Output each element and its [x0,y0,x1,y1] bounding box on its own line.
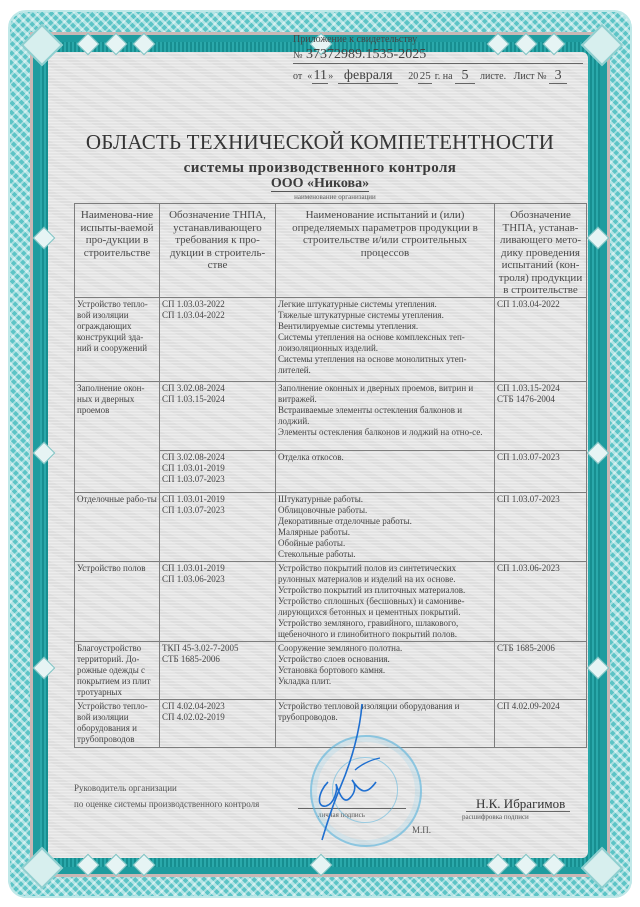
test-item: Вентилируемые системы утепления. [278,321,492,332]
requirements-cell: СП 4.02.04-2023СП 4.02.02-2019 [160,699,276,747]
column-header-product: Наименова-ние испыты-ваемой про-дукции в… [75,204,160,298]
requirements-cell: СП 1.03.01-2019СП 1.03.07-2023 [160,492,276,561]
total-sheets: 5 [455,69,475,84]
standard-code: СП 1.03.06-2023 [497,563,584,574]
sheets-label: листе. [480,71,506,82]
organization-name: ООО «Никова» [0,176,640,192]
product-cell: Заполнение окон-ных и дверных проемов [75,381,160,492]
test-item: Системы утепления на основе монолитных у… [278,354,492,376]
year-unit: г. на [435,71,453,82]
organization-caption: наименование организации [0,193,640,201]
table-row: Благоустройство территорий. До-рожные од… [75,641,587,699]
standard-code: СП 1.03.07-2023 [162,474,273,485]
test-item: Штукатурные работы. [278,494,492,505]
signer-caption: расшифровка подписи [462,813,529,821]
test-item: Облицовочные работы. [278,505,492,516]
document-subtitle: системы производственного контроля [0,160,640,177]
table-row: Устройство тепло-вой изоляции ограждающи… [75,297,587,381]
methods-cell: СП 1.03.06-2023 [495,561,587,641]
table-row: Устройство половСП 1.03.01-2019СП 1.03.0… [75,561,587,641]
table-header-row: Наименова-ние испыты-ваемой про-дукции в… [75,204,587,298]
tests-cell: Легкие штукатурные системы утепления.Тяж… [276,297,495,381]
test-item: Устройство покрытий полов из синтетическ… [278,563,492,585]
standard-code: СП 1.03.04-2022 [162,310,273,321]
methods-cell: СТБ 1685-2006 [495,641,587,699]
standard-code: СП 1.03.07-2023 [162,505,273,516]
standard-code: СП 1.03.15-2024 [162,394,273,405]
standard-code: СП 1.03.04-2022 [497,299,584,310]
standard-code: СП 1.03.06-2023 [162,574,273,585]
scope-table: Наименова-ние испыты-ваемой про-дукции в… [74,203,587,748]
name-line [466,811,570,812]
test-item: Легкие штукатурные системы утепления. [278,299,492,310]
date-line: от «11» февраля 2025 г. на 5 листе. Лист… [293,69,567,84]
standard-code: СП 1.03.01-2019 [162,563,273,574]
standard-code: СТБ 1476-2004 [497,394,584,405]
standard-code: СП 3.02.08-2024 [162,452,273,463]
test-item: Стекольные работы. [278,549,492,560]
test-item: Системы утепления на основе комплексных … [278,332,492,354]
standard-code: СП 1.03.07-2023 [497,452,584,463]
standard-code: СП 3.02.08-2024 [162,383,273,394]
year-suffix: 25 [418,69,432,84]
methods-cell: СП 4.02.09-2024 [495,699,587,747]
product-cell: Устройство тепло-вой изоляции оборудован… [75,699,160,747]
signer-role-line2: по оценке системы производственного конт… [74,799,259,809]
column-header-requirements: Обозначение ТНПА, устанавливающего требо… [160,204,276,298]
handwritten-signature [300,700,410,845]
from-label: от [293,71,302,82]
standard-code: СП 1.03.03-2022 [162,299,273,310]
product-cell: Отделочные рабо-ты [75,492,160,561]
seal-label: М.П. [412,825,431,835]
month-value: февраля [338,69,398,84]
test-item: Заполнение оконных и дверных проемов, ви… [278,383,492,405]
table-row: Отделочные рабо-тыСП 1.03.01-2019СП 1.03… [75,492,587,561]
day-value: 11 [312,69,328,84]
tests-cell: Сооружение земляного полотна.Устройство … [276,641,495,699]
organization-name-text: ООО «Никова» [271,176,369,192]
standard-code: СП 1.03.01-2019 [162,463,273,474]
standard-code: СП 1.03.15-2024 [497,383,584,394]
test-item: Сооружение земляного полотна. [278,643,492,654]
test-item: Отделка откосов. [278,452,492,463]
methods-cell: СП 1.03.07-2023 [495,450,587,492]
sheet-number: 3 [549,69,567,84]
requirements-cell: СП 3.02.08-2024СП 1.03.01-2019СП 1.03.07… [160,450,276,492]
product-cell: Благоустройство территорий. До-рожные од… [75,641,160,699]
standard-code: ТКП 45-3.02-7-2005 [162,643,273,654]
test-item: Малярные работы. [278,527,492,538]
appendix-label: Приложение к свидетельству [293,34,417,45]
standard-code: СТБ 1685-2006 [162,654,273,665]
column-header-methods: Обозначение ТНПА, устанав-ливающего мето… [495,204,587,298]
signer-role-line1: Руководитель организации [74,783,177,793]
methods-cell: СП 1.03.15-2024СТБ 1476-2004 [495,381,587,450]
standard-code: СП 1.03.07-2023 [497,494,584,505]
test-item: Установка бортового камня. [278,665,492,676]
standard-code: СП 4.02.02-2019 [162,712,273,723]
number-sign: № [293,50,303,61]
methods-cell: СП 1.03.04-2022 [495,297,587,381]
standard-code: СП 4.02.09-2024 [497,701,584,712]
tests-cell: Отделка откосов. [276,450,495,492]
column-header-tests: Наименование испытаний и (или) определяе… [276,204,495,298]
certificate-number: 37372989.1535-2025 [306,47,426,62]
test-item: Устройство слоев основания. [278,654,492,665]
test-item: Устройство земляного, гравийного, шлаков… [278,618,492,640]
test-item: Декоративные отделочные работы. [278,516,492,527]
tests-cell: Штукатурные работы.Облицовочные работы.Д… [276,492,495,561]
test-item: Устройство сплошных (бесшовных) и самони… [278,596,492,618]
test-item: Укладка плит. [278,676,492,687]
requirements-cell: СП 1.03.03-2022СП 1.03.04-2022 [160,297,276,381]
product-cell: Устройство тепло-вой изоляции ограждающи… [75,297,160,381]
test-item: Встраиваемые элементы остекления балконо… [278,405,492,427]
test-item: Элементы остекления балконов и лоджий на… [278,427,492,438]
tests-cell: Заполнение оконных и дверных проемов, ви… [276,381,495,450]
sheet-label: Лист № [514,71,547,82]
requirements-cell: СП 3.02.08-2024СП 1.03.15-2024 [160,381,276,450]
certificate-number-line: № 37372989.1535-2025 [293,47,583,64]
test-item: Обойные работы. [278,538,492,549]
requirements-cell: ТКП 45-3.02-7-2005СТБ 1685-2006 [160,641,276,699]
methods-cell: СП 1.03.07-2023 [495,492,587,561]
signer-name: Н.К. Ибрагимов [476,796,565,812]
document-title: ОБЛАСТЬ ТЕХНИЧЕСКОЙ КОМПЕТЕНТНОСТИ [0,130,640,155]
test-item: Тяжелые штукатурные системы утепления. [278,310,492,321]
standard-code: СП 1.03.01-2019 [162,494,273,505]
table-row: Заполнение окон-ных и дверных проемовСП … [75,381,587,450]
requirements-cell: СП 1.03.01-2019СП 1.03.06-2023 [160,561,276,641]
standard-code: СП 4.02.04-2023 [162,701,273,712]
test-item: Устройство покрытий из плиточных материа… [278,585,492,596]
tests-cell: Устройство покрытий полов из синтетическ… [276,561,495,641]
year-prefix: 20 [408,71,418,82]
standard-code: СТБ 1685-2006 [497,643,584,654]
product-cell: Устройство полов [75,561,160,641]
